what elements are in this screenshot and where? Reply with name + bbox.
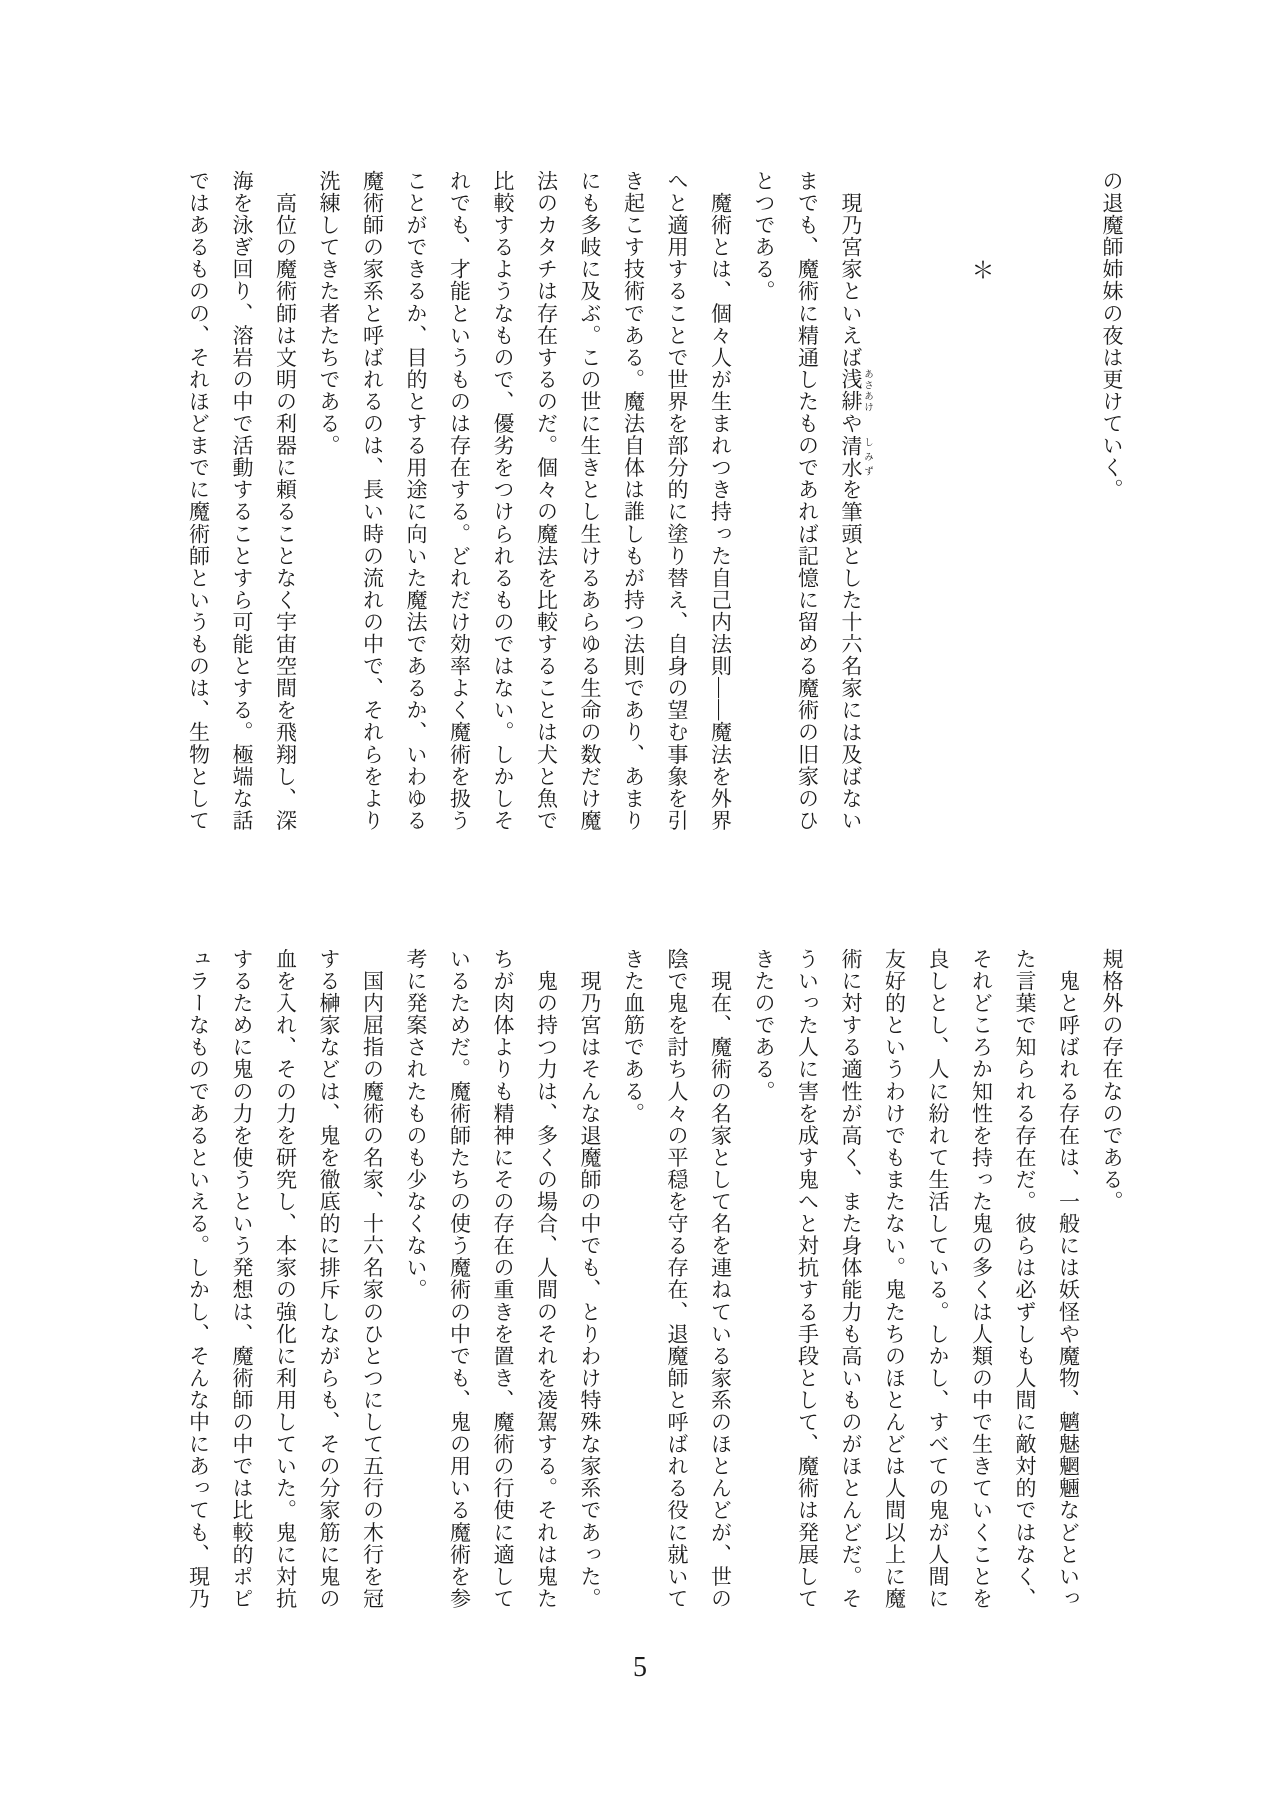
text-column: 比較するようなもので、優劣をつけられるものではない。しかしそ [481,170,525,836]
text-column: 友好的というわけでもまたない。鬼たちのほとんどは人間以上に魔 [872,948,916,1614]
text-column: の退魔師姉妹の夜は更けていく。 [1090,170,1134,836]
text-column: いるためだ。魔術師たちの使う魔術の中でも、鬼の用いる魔術を参 [437,948,481,1614]
text-column: 高位の魔術師は文明の利器に頼ることなく宇宙空間を飛翔し、深 [263,170,307,836]
text-column: ことができるか、目的とする用途に向いた魔法であるか、いわゆる [394,170,438,836]
text-column: 法のカタチは存在するのだ。個々の魔法を比較することは犬と魚で [524,170,568,836]
text-column: きたのである。 [742,948,786,1614]
page-number: 5 [0,1652,1280,1684]
section-separator: ＊ [959,170,1003,836]
text-column: それどころか知性を持った鬼の多くは人類の中で生きていくことを [959,948,1003,1614]
text-column: へと適用することで世界を部分的に塗り替え、自身の望む事象を引 [655,170,699,836]
book-page: の退魔師姉妹の夜は更けていく。 ＊ 現乃宮家といえば浅緋あさあけや清水しみずを筆… [0,0,1280,1807]
text-column: れでも、才能というものは存在する。どれだけ効率よく魔術を扱う [437,170,481,836]
text-column: にも多岐に及ぶ。この世に生きとし生けるあらゆる生命の数だけ魔 [568,170,612,836]
text-column: までも、魔術に精通したものであれば記憶に留める魔術の旧家のひ [785,170,829,836]
text-column: 現乃宮はそんな退魔師の中でも、とりわけ特殊な家系であった。 [568,948,612,1614]
text-column: 魔術とは、個々人が生まれつき持った自己内法則――魔法を外界 [698,170,742,836]
text-column: 術に対する適性が高く、また身体能力も高いものがほとんどだ。そ [829,948,873,1614]
text-column: 鬼と呼ばれる存在は、一般には妖怪や魔物、魑魅魍魎などといっ [1046,948,1090,1614]
text-column: 陰で鬼を討ち人々の平穏を守る存在、退魔師と呼ばれる役に就いて [655,948,699,1614]
top-text-block: の退魔師姉妹の夜は更けていく。 ＊ 現乃宮家といえば浅緋あさあけや清水しみずを筆… [176,170,1133,836]
text-column: た言葉で知られる存在だ。彼らは必ずしも人間に敵対的ではなく、 [1003,948,1047,1614]
text-column: 国内屈指の魔術の名家、十六名家のひとつにして五行の木行を冠 [350,948,394,1614]
text-column: 現在、魔術の名家として名を連ねている家系のほとんどが、世の [698,948,742,1614]
text-column: ういった人に害を成す鬼へと対抗する手段として、魔術は発展して [785,948,829,1614]
text-column [1046,170,1090,836]
text-column: ではあるものの、それほどまでに魔術師というものは、生物として [176,170,220,836]
text-column: 魔術師の家系と呼ばれるのは、長い時の流れの中で、それらをより [350,170,394,836]
ruby-annotated-text: 清水しみず [839,435,863,479]
ruby-annotated-text: 浅緋あさあけ [839,368,863,412]
text-column: ュラーなものであるといえる。しかし、そんな中にあっても、現乃 [176,948,220,1614]
text-column: 血を入れ、その力を研究し、本家の強化に利用していた。鬼に対抗 [263,948,307,1614]
bottom-text-block: 規格外の存在なのである。 鬼と呼ばれる存在は、一般には妖怪や魔物、魑魅魍魎などと… [176,948,1133,1614]
text-column [872,170,916,836]
text-column: きた血筋である。 [611,948,655,1614]
text-column: 洗練してきた者たちである。 [307,170,351,836]
text-column [916,170,960,836]
text-column: 鬼の持つ力は、多くの場合、人間のそれを凌駕する。それは鬼た [524,948,568,1614]
text-column: 海を泳ぎ回り、溶岩の中で活動することすら可能とする。極端な話 [220,170,264,836]
text-column: とつである。 [742,170,786,836]
text-column: 良しとし、人に紛れて生活している。しかし、すべての鬼が人間に [916,948,960,1614]
text-column: 考に発案されたものも少なくない。 [394,948,438,1614]
text-column: 規格外の存在なのである。 [1090,948,1134,1614]
text-column: 現乃宮家といえば浅緋あさあけや清水しみずを筆頭とした十六名家には及ばない [829,170,873,836]
text-column: するために鬼の力を使うという発想は、魔術師の中では比較的ポピ [220,948,264,1614]
text-column: ちが肉体よりも精神にその存在の重きを置き、魔術の行使に適して [481,948,525,1614]
text-column [1003,170,1047,836]
text-column: する榊家などは、鬼を徹底的に排斥しながらも、その分家筋に鬼の [307,948,351,1614]
text-column: き起こす技術である。魔法自体は誰しもが持つ法則であり、あまり [611,170,655,836]
